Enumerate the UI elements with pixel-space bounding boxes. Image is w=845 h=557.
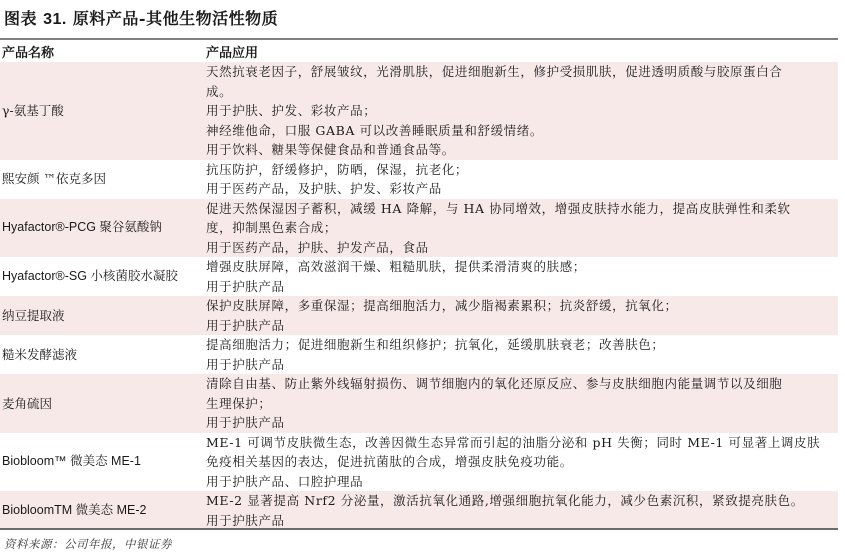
header-product-name: 产品名称: [0, 40, 204, 62]
application-line: 用于医药产品，护肤、护发产品，食品: [206, 238, 836, 258]
table-bottom-rule: [0, 528, 838, 530]
product-application: 保护皮肤屏障，多重保湿；提高细胞活力，减少脂褐素累积；抗炎舒缓，抗氧化； 用于护…: [204, 296, 838, 335]
application-line: 提高细胞活力；促进细胞新生和组织修护；抗氧化，延缓肌肤衰老；改善肤色；: [206, 335, 836, 355]
application-line: 天然抗衰老因子，舒展皱纹，光滑肌肤，促进细胞新生，修护受损肌肤，促进透明质酸与胶…: [206, 62, 836, 82]
application-line: 用于护肤产品: [206, 277, 836, 297]
application-line: 生理保护；: [206, 394, 836, 414]
table-row: BiobloomTM 微美态 ME-2 ME-2 显著提高 Nrf2 分泌量，激…: [0, 491, 838, 530]
application-line: 成。: [206, 82, 836, 102]
application-line: ME-2 显著提高 Nrf2 分泌量，激活抗氧化通路,增强细胞抗氧化能力，减少色…: [206, 491, 836, 511]
product-name: Hyafactor®-SG 小核菌胶水凝胶: [0, 257, 204, 296]
table-row: 熙安颜 ™依克多因 抗压防护，舒缓修护，防晒，保湿，抗老化； 用于医药产品，及护…: [0, 160, 838, 199]
product-application: 促进天然保湿因子蓄积，减缓 HA 降解，与 HA 协同增效，增强皮肤持水能力，提…: [204, 199, 838, 258]
table-row: Hyafactor®-PCG 聚谷氨酸钠 促进天然保湿因子蓄积，减缓 HA 降解…: [0, 199, 838, 258]
application-line: 用于护肤产品、口腔护理品: [206, 472, 836, 492]
application-line: 保护皮肤屏障，多重保湿；提高细胞活力，减少脂褐素累积；抗炎舒缓，抗氧化；: [206, 296, 836, 316]
application-line: 用于护肤产品: [206, 413, 836, 433]
product-name: 麦角硫因: [0, 374, 204, 433]
product-name: 糙米发酵滤液: [0, 335, 204, 374]
table-row: γ-氨基丁酸 天然抗衰老因子，舒展皱纹，光滑肌肤，促进细胞新生，修护受损肌肤，促…: [0, 62, 838, 160]
application-line: ME-1 可调节皮肤微生态，改善因微生态异常而引起的油脂分泌和 pH 失衡；同时…: [206, 433, 836, 453]
product-application: 天然抗衰老因子，舒展皱纹，光滑肌肤，促进细胞新生，修护受损肌肤，促进透明质酸与胶…: [204, 62, 838, 160]
product-table: 产品名称 产品应用 γ-氨基丁酸 天然抗衰老因子，舒展皱纹，光滑肌肤，促进细胞新…: [0, 40, 838, 530]
application-line: 抗压防护，舒缓修护，防晒，保湿，抗老化；: [206, 160, 836, 180]
application-line: 用于护肤产品: [206, 316, 836, 336]
application-line: 清除自由基、防止紫外线辐射损伤、调节细胞内的氧化还原反应、参与皮肤细胞内能量调节…: [206, 374, 836, 394]
product-name: BiobloomTM 微美态 ME-2: [0, 491, 204, 530]
figure-number: 31.: [43, 11, 67, 28]
application-line: 度，抑制黑色素合成；: [206, 218, 836, 238]
product-application: 清除自由基、防止紫外线辐射损伤、调节细胞内的氧化还原反应、参与皮肤细胞内能量调节…: [204, 374, 838, 433]
application-line: 免疫相关基因的表达，促进抗菌肽的合成，增强皮肤免疫功能。: [206, 452, 836, 472]
product-application: ME-2 显著提高 Nrf2 分泌量，激活抗氧化通路,增强细胞抗氧化能力，减少色…: [204, 491, 838, 530]
product-application: 抗压防护，舒缓修护，防晒，保湿，抗老化； 用于医药产品，及护肤、护发、彩妆产品: [204, 160, 838, 199]
application-line: 用于医药产品，及护肤、护发、彩妆产品: [206, 179, 836, 199]
header-product-application: 产品应用: [204, 40, 838, 62]
product-name: Hyafactor®-PCG 聚谷氨酸钠: [0, 199, 204, 258]
product-name: γ-氨基丁酸: [0, 62, 204, 160]
table-row: 纳豆提取液 保护皮肤屏障，多重保湿；提高细胞活力，减少脂褐素累积；抗炎舒缓，抗氧…: [0, 296, 838, 335]
product-application: 增强皮肤屏障，高效滋润干燥、粗糙肌肤，提供柔滑清爽的肤感； 用于护肤产品: [204, 257, 838, 296]
product-application: ME-1 可调节皮肤微生态，改善因微生态异常而引起的油脂分泌和 pH 失衡；同时…: [204, 433, 838, 492]
product-name: Biobloom™ 微美态 ME-1: [0, 433, 204, 492]
application-line: 神经维他命，口服 GABA 可以改善睡眠质量和舒缓情绪。: [206, 121, 836, 141]
figure-title-text: 原料产品-其他生物活性物质: [73, 9, 278, 28]
application-line: 用于护肤产品: [206, 355, 836, 375]
application-line: 增强皮肤屏障，高效滋润干燥、粗糙肌肤，提供柔滑清爽的肤感；: [206, 257, 836, 277]
application-line: 用于饮料、糖果等保健食品和普通食品等。: [206, 140, 836, 160]
table-row: 糙米发酵滤液 提高细胞活力；促进细胞新生和组织修护；抗氧化，延缓肌肤衰老；改善肤…: [0, 335, 838, 374]
figure-title-prefix: 图表: [4, 9, 37, 28]
application-line: 用于护肤、护发、彩妆产品；: [206, 101, 836, 121]
source-note: 资料来源：公司年报，中银证券: [4, 536, 172, 552]
product-name: 熙安颜 ™依克多因: [0, 160, 204, 199]
figure-title: 图表 31. 原料产品-其他生物活性物质: [4, 8, 278, 31]
table-row: Hyafactor®-SG 小核菌胶水凝胶 增强皮肤屏障，高效滋润干燥、粗糙肌肤…: [0, 257, 838, 296]
application-line: 促进天然保湿因子蓄积，减缓 HA 降解，与 HA 协同增效，增强皮肤持水能力，提…: [206, 199, 836, 219]
table-row: 麦角硫因 清除自由基、防止紫外线辐射损伤、调节细胞内的氧化还原反应、参与皮肤细胞…: [0, 374, 838, 433]
product-application: 提高细胞活力；促进细胞新生和组织修护；抗氧化，延缓肌肤衰老；改善肤色； 用于护肤…: [204, 335, 838, 374]
table-header-row: 产品名称 产品应用: [0, 40, 838, 62]
table-row: Biobloom™ 微美态 ME-1 ME-1 可调节皮肤微生态，改善因微生态异…: [0, 433, 838, 492]
product-name: 纳豆提取液: [0, 296, 204, 335]
